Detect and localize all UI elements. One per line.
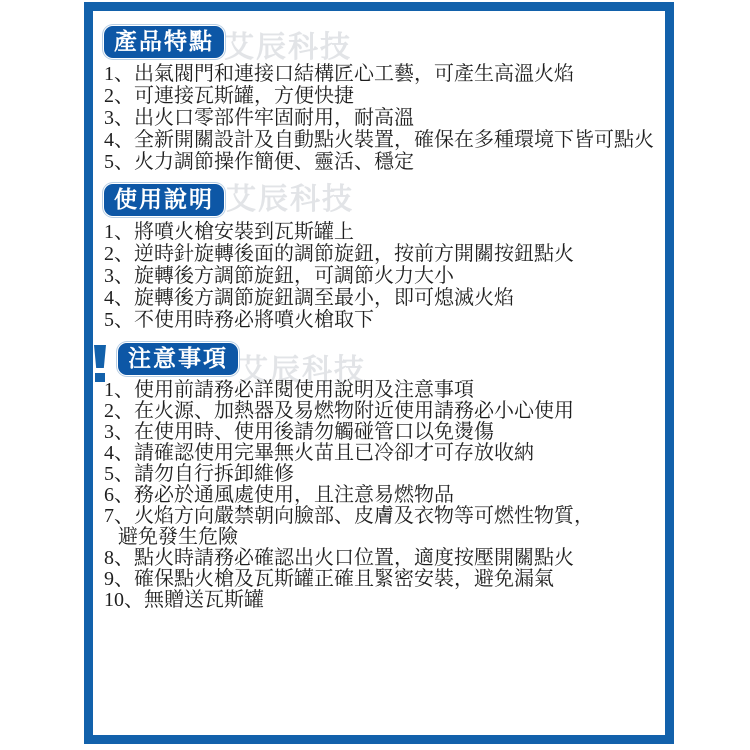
list-item: 4、旋轉後方調節旋鈕調至最小，即可熄滅火焰 (104, 287, 574, 309)
section-title-badge-instructions: 使用說明 (104, 184, 224, 216)
list-item: 4、全新開關設計及自動點火裝置，確保在多種環境下皆可點火 (104, 129, 654, 151)
list-item: 3、旋轉後方調節旋鈕，可調節火力大小 (104, 265, 574, 287)
list-item: 9、確保點火槍及瓦斯罐正確且緊密安裝，避免漏氣 (104, 569, 594, 590)
section-title-badge-notices: 注意事項 (118, 343, 238, 375)
list-item: 5、請勿自行拆卸維修 (104, 464, 594, 485)
instruction-list: 1、將噴火槍安裝到瓦斯罐上 2、逆時針旋轉後面的調節旋鈕，按前方開關按鈕點火 3… (104, 221, 574, 331)
section-title-badge-features: 產品特點 (104, 26, 224, 58)
list-item-continuation: 避免發生危險 (104, 527, 594, 548)
list-item: 5、不使用時務必將噴火槍取下 (104, 309, 574, 331)
list-item: 3、出火口零部件牢固耐用，耐高溫 (104, 107, 654, 129)
list-item: 6、務必於通風處使用，且注意易燃物品 (104, 485, 594, 506)
list-item: 4、請確認使用完畢無火苗且已冷卻才可存放收納 (104, 443, 594, 464)
exclamation-icon (94, 345, 106, 382)
notice-list: 1、使用前請務必詳閱使用說明及注意事項 2、在火源、加熱器及易燃物附近使用請務必… (104, 380, 594, 611)
section-product-features: 產品特點 1、出氣閥門和連接口結構匠心工藝，可產生高溫火焰 2、可連接瓦斯罐，方… (104, 26, 654, 173)
section-notices: 注意事項 1、使用前請務必詳閱使用說明及注意事項 2、在火源、加熱器及易燃物附近… (104, 343, 594, 611)
list-item: 8、點火時請務必確認出火口位置，適度按壓開關點火 (104, 548, 594, 569)
list-item: 3、在使用時、使用後請勿觸碰管口以免燙傷 (104, 422, 594, 443)
list-item: 2、逆時針旋轉後面的調節旋鈕，按前方開關按鈕點火 (104, 243, 574, 265)
product-info-card: 艾辰科技 艾辰科技 艾辰科技 產品特點 1、出氣閥門和連接口結構匠心工藝，可產生… (0, 0, 750, 750)
list-item: 2、在火源、加熱器及易燃物附近使用請務必小心使用 (104, 401, 594, 422)
list-item: 1、將噴火槍安裝到瓦斯罐上 (104, 221, 574, 243)
list-item: 10、無贈送瓦斯罐 (104, 590, 594, 611)
feature-list: 1、出氣閥門和連接口結構匠心工藝，可產生高溫火焰 2、可連接瓦斯罐，方便快捷 3… (104, 63, 654, 173)
list-item: 7、火焰方向嚴禁朝向臉部、皮膚及衣物等可燃性物質， (104, 506, 594, 527)
list-item: 1、使用前請務必詳閱使用說明及注意事項 (104, 380, 594, 401)
list-item: 2、可連接瓦斯罐，方便快捷 (104, 85, 654, 107)
list-item: 1、出氣閥門和連接口結構匠心工藝，可產生高溫火焰 (104, 63, 654, 85)
section-usage-instructions: 使用說明 1、將噴火槍安裝到瓦斯罐上 2、逆時針旋轉後面的調節旋鈕，按前方開關按… (104, 184, 574, 331)
list-item: 5、火力調節操作簡便、靈活、穩定 (104, 151, 654, 173)
